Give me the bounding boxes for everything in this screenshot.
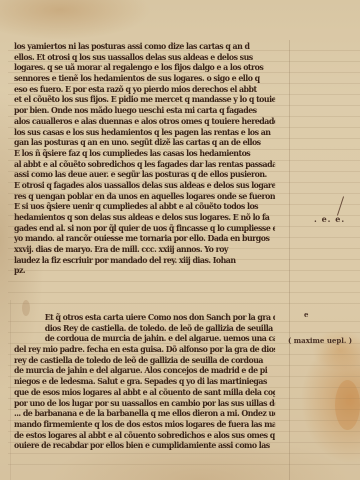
text-line: E los ñ q̃siere faz q los cumpliedes las… bbox=[14, 148, 275, 159]
text-line: ellos. Et otrosi q los sus uassallos del… bbox=[14, 52, 275, 63]
ruling-line bbox=[8, 281, 360, 282]
second-text-block: Et q̃ otros esta carta uiere Como nos do… bbox=[14, 312, 286, 451]
text-line: E si uos q̃siere uenir q cumpliedes al a… bbox=[14, 201, 275, 212]
margin-note-upper: . e. e. bbox=[314, 214, 345, 224]
text-line: los yamiertos ni las posturas assi como … bbox=[14, 41, 275, 52]
text-line: xxvij. dias de maryo. Era de mill. ccc. … bbox=[14, 244, 275, 255]
text-line: por bien. Onde nos mãdo luego ueschi est… bbox=[14, 105, 275, 116]
text-line: del rey mio padre. fecha en esta guisa. … bbox=[14, 344, 275, 355]
text-line: de estos logares al abbt e al cõuento so… bbox=[14, 430, 275, 441]
text-line: niegos e de ledesma. Salut e gra. Sepade… bbox=[14, 376, 275, 387]
text-line: pz. bbox=[14, 265, 275, 276]
text-line: gades end al. si non por q̃l quier de uo… bbox=[14, 223, 275, 234]
text-line: al abbt e al cõuẽto sobredichos q les fa… bbox=[14, 159, 275, 170]
text-line: E otrosi q fagades alos uassallos delas … bbox=[14, 180, 275, 191]
margin-stroke bbox=[337, 196, 344, 215]
ruling-line bbox=[8, 292, 360, 293]
text-line: mando firmemiente q los de dos estos mio… bbox=[14, 419, 275, 430]
text-line: hedamientos q son delas sus aldeas e del… bbox=[14, 212, 275, 223]
manuscript-page: los yamiertos ni las posturas assi como … bbox=[0, 0, 360, 480]
ruling-line bbox=[8, 464, 360, 465]
text-line: yo mando. al rancõr ouiesse me tornaria … bbox=[14, 233, 275, 244]
stain bbox=[335, 380, 360, 430]
text-line: de murcia de jahin e del algarue. Alos c… bbox=[14, 365, 275, 376]
text-line: eso es fuero. E por esta razõ q yo pierd… bbox=[14, 84, 275, 95]
text-line: sennores e tienẽ los hedamientos de sus … bbox=[14, 73, 275, 84]
text-line: ouiere de recabdar por ellos bien e cump… bbox=[14, 440, 275, 451]
main-text-block: los yamiertos ni las posturas assi como … bbox=[14, 41, 286, 276]
margin-note-label: ( maxime uepl. ) bbox=[288, 336, 352, 345]
text-line: gan las posturas q an en uno. segũt dizẽ… bbox=[14, 137, 275, 148]
ruling-line bbox=[8, 453, 360, 454]
right-margin-rule bbox=[289, 40, 290, 480]
margin-note-small: e bbox=[304, 310, 308, 319]
ruling-line bbox=[8, 303, 360, 304]
text-line: Et q̃ otros esta carta uiere Como nos do… bbox=[14, 312, 275, 323]
text-line: que de esos mios logares al abbt e al cõ… bbox=[14, 387, 275, 398]
text-line: los sus casas e los sus hedamientos q le… bbox=[14, 127, 275, 138]
text-line: res q uengan poblar en da unos en aquell… bbox=[14, 191, 275, 202]
left-margin-rule bbox=[10, 300, 11, 480]
text-line: assi como las deue auer. e segũr las pos… bbox=[14, 169, 275, 180]
text-line: rey de castiella de toledo de leõ de gal… bbox=[14, 355, 275, 366]
text-line: ... de barbanana e de la barbanella q me… bbox=[14, 408, 275, 419]
text-line: laudez la fiz escriuir por mandado del r… bbox=[14, 255, 275, 266]
text-line: dios Rey de castiella. de toledo. de leõ… bbox=[14, 323, 275, 334]
text-line: logares. q se uã morar al regalengo e lo… bbox=[14, 62, 275, 73]
text-line: por uno de los lugar por su uassallos en… bbox=[14, 398, 275, 409]
text-line: et el cõuẽto los sus fijos. E pidio me m… bbox=[14, 94, 275, 105]
text-line: alos caualleros e alas duennas e alos ot… bbox=[14, 116, 275, 127]
text-line: de cordoua de murcia de jahin. e del alg… bbox=[14, 333, 275, 344]
